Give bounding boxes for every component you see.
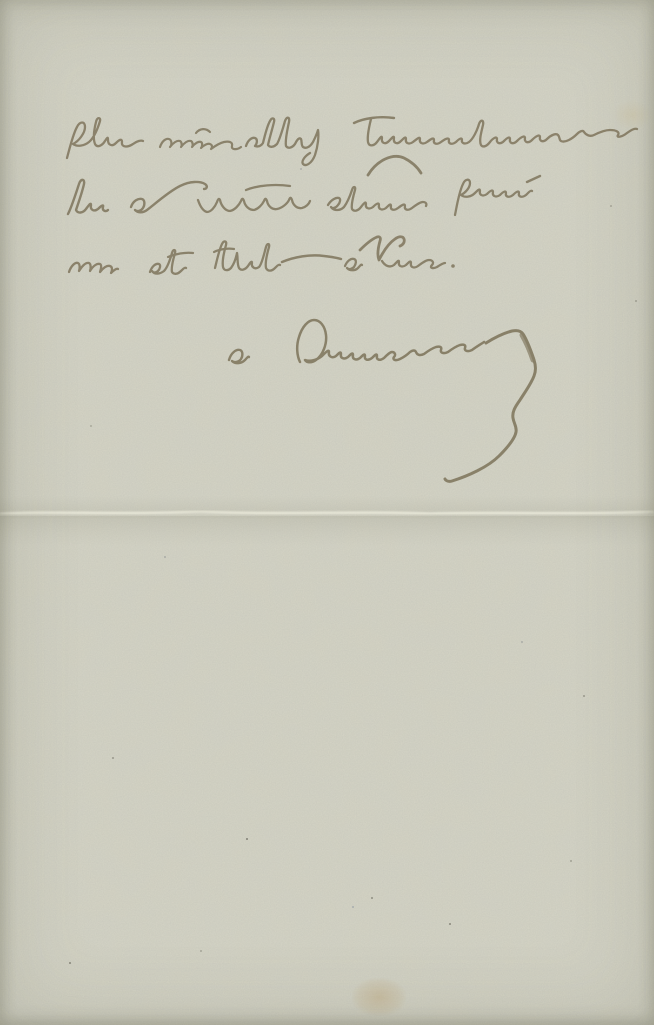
handwriting-line-3 — [69, 237, 455, 274]
word-tout — [215, 241, 280, 270]
handwriting-line-1 — [67, 117, 637, 165]
word-amis-accent — [196, 129, 210, 133]
word-tendres — [368, 119, 637, 146]
word-fem — [455, 180, 532, 215]
signature-initial-a — [229, 350, 249, 363]
word-plus — [67, 118, 143, 158]
signature-dumas — [297, 320, 484, 362]
word-fem-hyphen — [527, 176, 540, 182]
word-ably — [246, 118, 318, 165]
word-chere — [328, 187, 426, 211]
word-chere-circumflex — [368, 156, 421, 175]
letter-page: plus amicalement tendres les à votre chè… — [0, 0, 654, 1025]
word-les — [68, 180, 108, 214]
word-vous-ous — [382, 260, 445, 268]
word-tout-sweep — [282, 255, 341, 262]
period-dot — [451, 264, 455, 268]
word-tendres-tbar — [354, 117, 394, 123]
word-votre — [198, 198, 310, 212]
word-vous-V — [360, 237, 404, 260]
signature-flourish — [445, 331, 536, 482]
word-votre-macron — [246, 185, 290, 190]
word-a2 — [345, 259, 362, 270]
word-me — [69, 263, 118, 273]
handwriting — [0, 0, 654, 1025]
signature — [229, 320, 536, 481]
word-a-swoosh — [131, 182, 207, 212]
word-amis — [160, 139, 241, 149]
signature-flourish-thick — [522, 335, 533, 360]
